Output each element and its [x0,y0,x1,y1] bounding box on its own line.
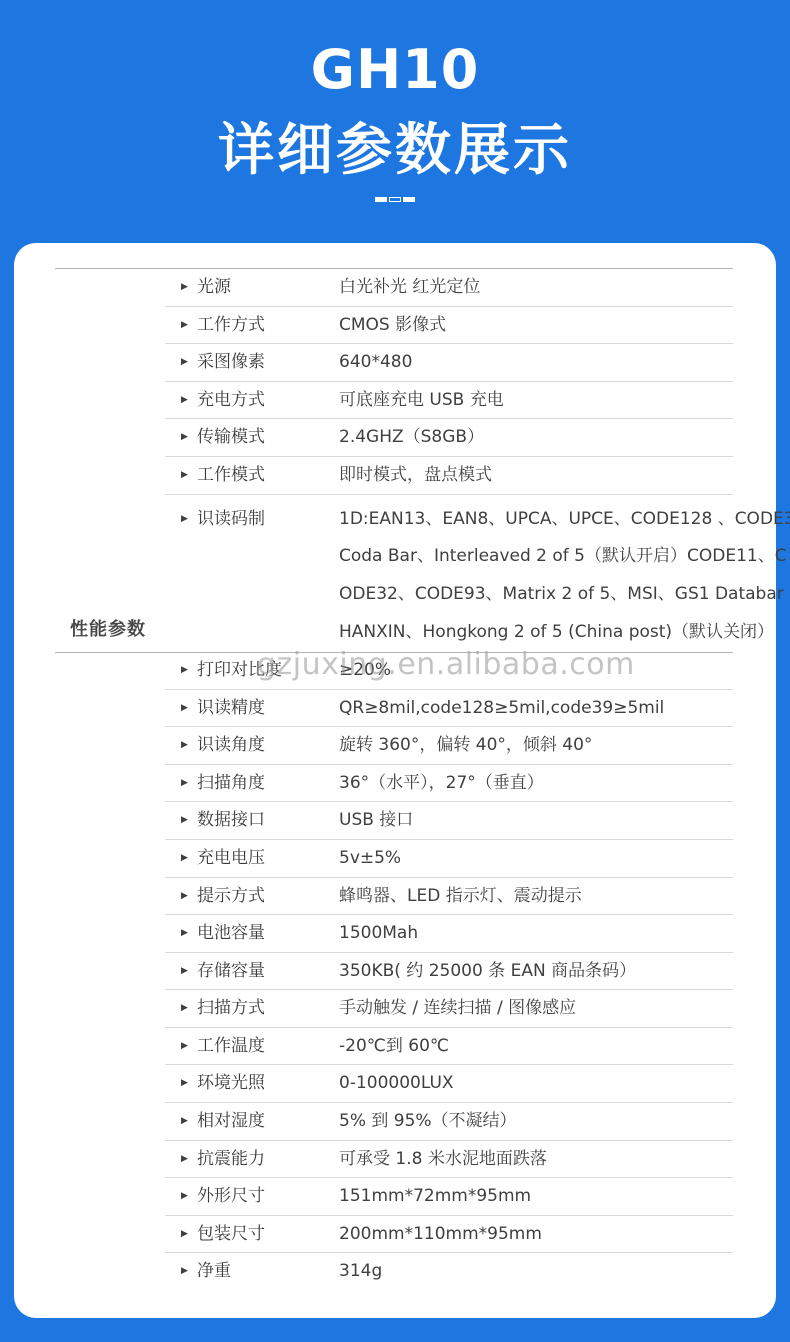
dash-filled-icon [375,197,387,202]
spec-label: 采图像素 [197,344,339,382]
spec-label: 工作温度 [197,1028,339,1066]
spec-label: 电池容量 [197,915,339,953]
row-bullet-icon: ▶ [181,382,188,420]
product-model-title: GH10 [0,38,790,101]
spec-value-line: 1D:EAN13、EAN8、UPCA、UPCE、CODE128 、CODE39 [339,501,790,539]
spec-row: ▶扫描方式手动触发 / 连续扫描 / 图像感应 [165,990,733,1028]
spec-label: 相对湿度 [197,1103,339,1141]
spec-row: ▶光源白光补光 红光定位 [165,269,733,307]
spec-row: ▶工作温度-20℃到 60℃ [165,1028,733,1066]
spec-row: ▶提示方式蜂鸣器、LED 指示灯、震动提示 [165,878,733,916]
spec-value: 即时模式，盘点模式 [339,457,492,495]
spec-value: CMOS 影像式 [339,307,446,345]
spec-row: ▶识读精度QR≥8mil,code128≥5mil,code39≥5mil [165,690,733,728]
spec-label: 包装尺寸 [197,1216,339,1254]
spec-value: -20℃到 60℃ [339,1028,449,1066]
row-bullet-icon: ▶ [181,1103,188,1141]
row-bullet-icon: ▶ [181,307,188,345]
spec-value: 蜂鸣器、LED 指示灯、震动提示 [339,878,582,916]
spec-label: 充电电压 [197,840,339,878]
row-bullet-icon: ▶ [181,1065,188,1103]
row-bullet-icon: ▶ [181,840,188,878]
spec-row: ▶充电方式可底座充电 USB 充电 [165,382,733,420]
row-bullet-icon: ▶ [181,727,188,765]
spec-label: 环境光照 [197,1065,339,1103]
spec-label: 数据接口 [197,802,339,840]
spec-label: 净重 [197,1253,339,1291]
spec-label: 识读精度 [197,690,339,728]
spec-value-line: ODE32、CODE93、Matrix 2 of 5、MSI、GS1 Datab… [339,576,790,614]
spec-value-line: Coda Bar、Interleaved 2 of 5（默认开启）CODE11、… [339,538,790,576]
spec-label: 工作方式 [197,307,339,345]
row-bullet-icon: ▶ [181,690,188,728]
spec-value: 手动触发 / 连续扫描 / 图像感应 [339,990,576,1028]
row-bullet-icon: ▶ [181,457,188,495]
spec-row: ▶包装尺寸200mm*110mm*95mm [165,1216,733,1254]
spec-value: 白光补光 红光定位 [339,269,480,307]
spec-label: 充电方式 [197,382,339,420]
page-title: 详细参数展示 [0,106,790,186]
spec-value: 200mm*110mm*95mm [339,1216,542,1254]
spec-row: ▶工作模式即时模式，盘点模式 [165,457,733,495]
section-label: 性能参数 [70,615,146,641]
spec-value: 可承受 1.8 米水泥地面跌落 [339,1141,547,1179]
row-bullet-icon: ▶ [181,990,188,1028]
row-bullet-icon: ▶ [181,878,188,916]
spec-label: 识读码制 [197,501,339,539]
row-bullet-icon: ▶ [181,1253,188,1291]
spec-row: ▶采图像素640*480 [165,344,733,382]
spec-row: ▶净重314g [165,1253,733,1291]
row-bullet-icon: ▶ [181,652,188,690]
spec-row: ▶环境光照0-100000LUX [165,1065,733,1103]
spec-value: 1500Mah [339,915,418,953]
spec-value: 2.4GHZ（S8GB） [339,419,484,457]
spec-value: 可底座充电 USB 充电 [339,382,504,420]
spec-label: 打印对比度 [197,652,339,690]
row-bullet-icon: ▶ [181,915,188,953]
spec-row: ▶识读角度旋转 360°，偏转 40°，倾斜 40° [165,727,733,765]
spec-label: 光源 [197,269,339,307]
spec-label: 传输模式 [197,419,339,457]
row-bullet-icon: ▶ [181,953,188,991]
spec-value: 350KB( 约 25000 条 EAN 商品条码） [339,953,636,991]
spec-row: ▶传输模式2.4GHZ（S8GB） [165,419,733,457]
spec-value: 旋转 360°，偏转 40°，倾斜 40° [339,727,592,765]
row-bullet-icon: ▶ [181,765,188,803]
spec-table: ▶光源白光补光 红光定位▶工作方式CMOS 影像式▶采图像素640*480▶充电… [165,269,733,1291]
spec-row: ▶电池容量1500Mah [165,915,733,953]
spec-label: 工作模式 [197,457,339,495]
spec-value: 0-100000LUX [339,1065,454,1103]
spec-value: QR≥8mil,code128≥5mil,code39≥5mil [339,690,664,728]
row-bullet-icon: ▶ [181,1178,188,1216]
row-bullet-icon: ▶ [181,1141,188,1179]
spec-value: 5% 到 95%（不凝结） [339,1103,517,1141]
spec-row: ▶打印对比度≥20% [165,652,733,690]
spec-value: 314g [339,1253,382,1291]
spec-row: ▶充电电压5v±5% [165,840,733,878]
row-bullet-icon: ▶ [181,501,188,539]
spec-value-multiline: 1D:EAN13、EAN8、UPCA、UPCE、CODE128 、CODE39C… [339,501,790,652]
row-bullet-icon: ▶ [181,1216,188,1254]
row-bullet-icon: ▶ [181,1028,188,1066]
deco-dashes-icon [0,197,790,202]
spec-row: ▶外形尺寸151mm*72mm*95mm [165,1178,733,1216]
spec-label: 识读角度 [197,727,339,765]
spec-value: 5v±5% [339,840,401,878]
spec-value: 151mm*72mm*95mm [339,1178,531,1216]
row-bullet-icon: ▶ [181,802,188,840]
spec-row: ▶工作方式CMOS 影像式 [165,307,733,345]
spec-value: 36°（水平），27°（垂直） [339,765,544,803]
spec-value: ≥20% [339,652,391,690]
spec-row: ▶数据接口USB 接口 [165,802,733,840]
spec-label: 扫描角度 [197,765,339,803]
spec-label: 提示方式 [197,878,339,916]
spec-row: ▶扫描角度36°（水平），27°（垂直） [165,765,733,803]
spec-card: 性能参数 ▶光源白光补光 红光定位▶工作方式CMOS 影像式▶采图像素640*4… [14,243,776,1318]
row-bullet-icon: ▶ [181,344,188,382]
spec-value: USB 接口 [339,802,413,840]
spec-label: 扫描方式 [197,990,339,1028]
spec-label: 抗震能力 [197,1141,339,1179]
spec-row: ▶相对湿度5% 到 95%（不凝结） [165,1103,733,1141]
spec-value-line: HANXIN、Hongkong 2 of 5 (China post)（默认关闭… [339,614,790,652]
spec-label: 存储容量 [197,953,339,991]
row-bullet-icon: ▶ [181,419,188,457]
row-bullet-icon: ▶ [181,269,188,307]
spec-row: ▶识读码制1D:EAN13、EAN8、UPCA、UPCE、CODE128 、CO… [165,495,733,652]
dash-filled-icon [403,197,415,202]
dash-hollow-icon [389,197,401,202]
spec-label: 外形尺寸 [197,1178,339,1216]
spec-row: ▶抗震能力可承受 1.8 米水泥地面跌落 [165,1141,733,1179]
spec-row: ▶存储容量350KB( 约 25000 条 EAN 商品条码） [165,953,733,991]
spec-value: 640*480 [339,344,412,382]
